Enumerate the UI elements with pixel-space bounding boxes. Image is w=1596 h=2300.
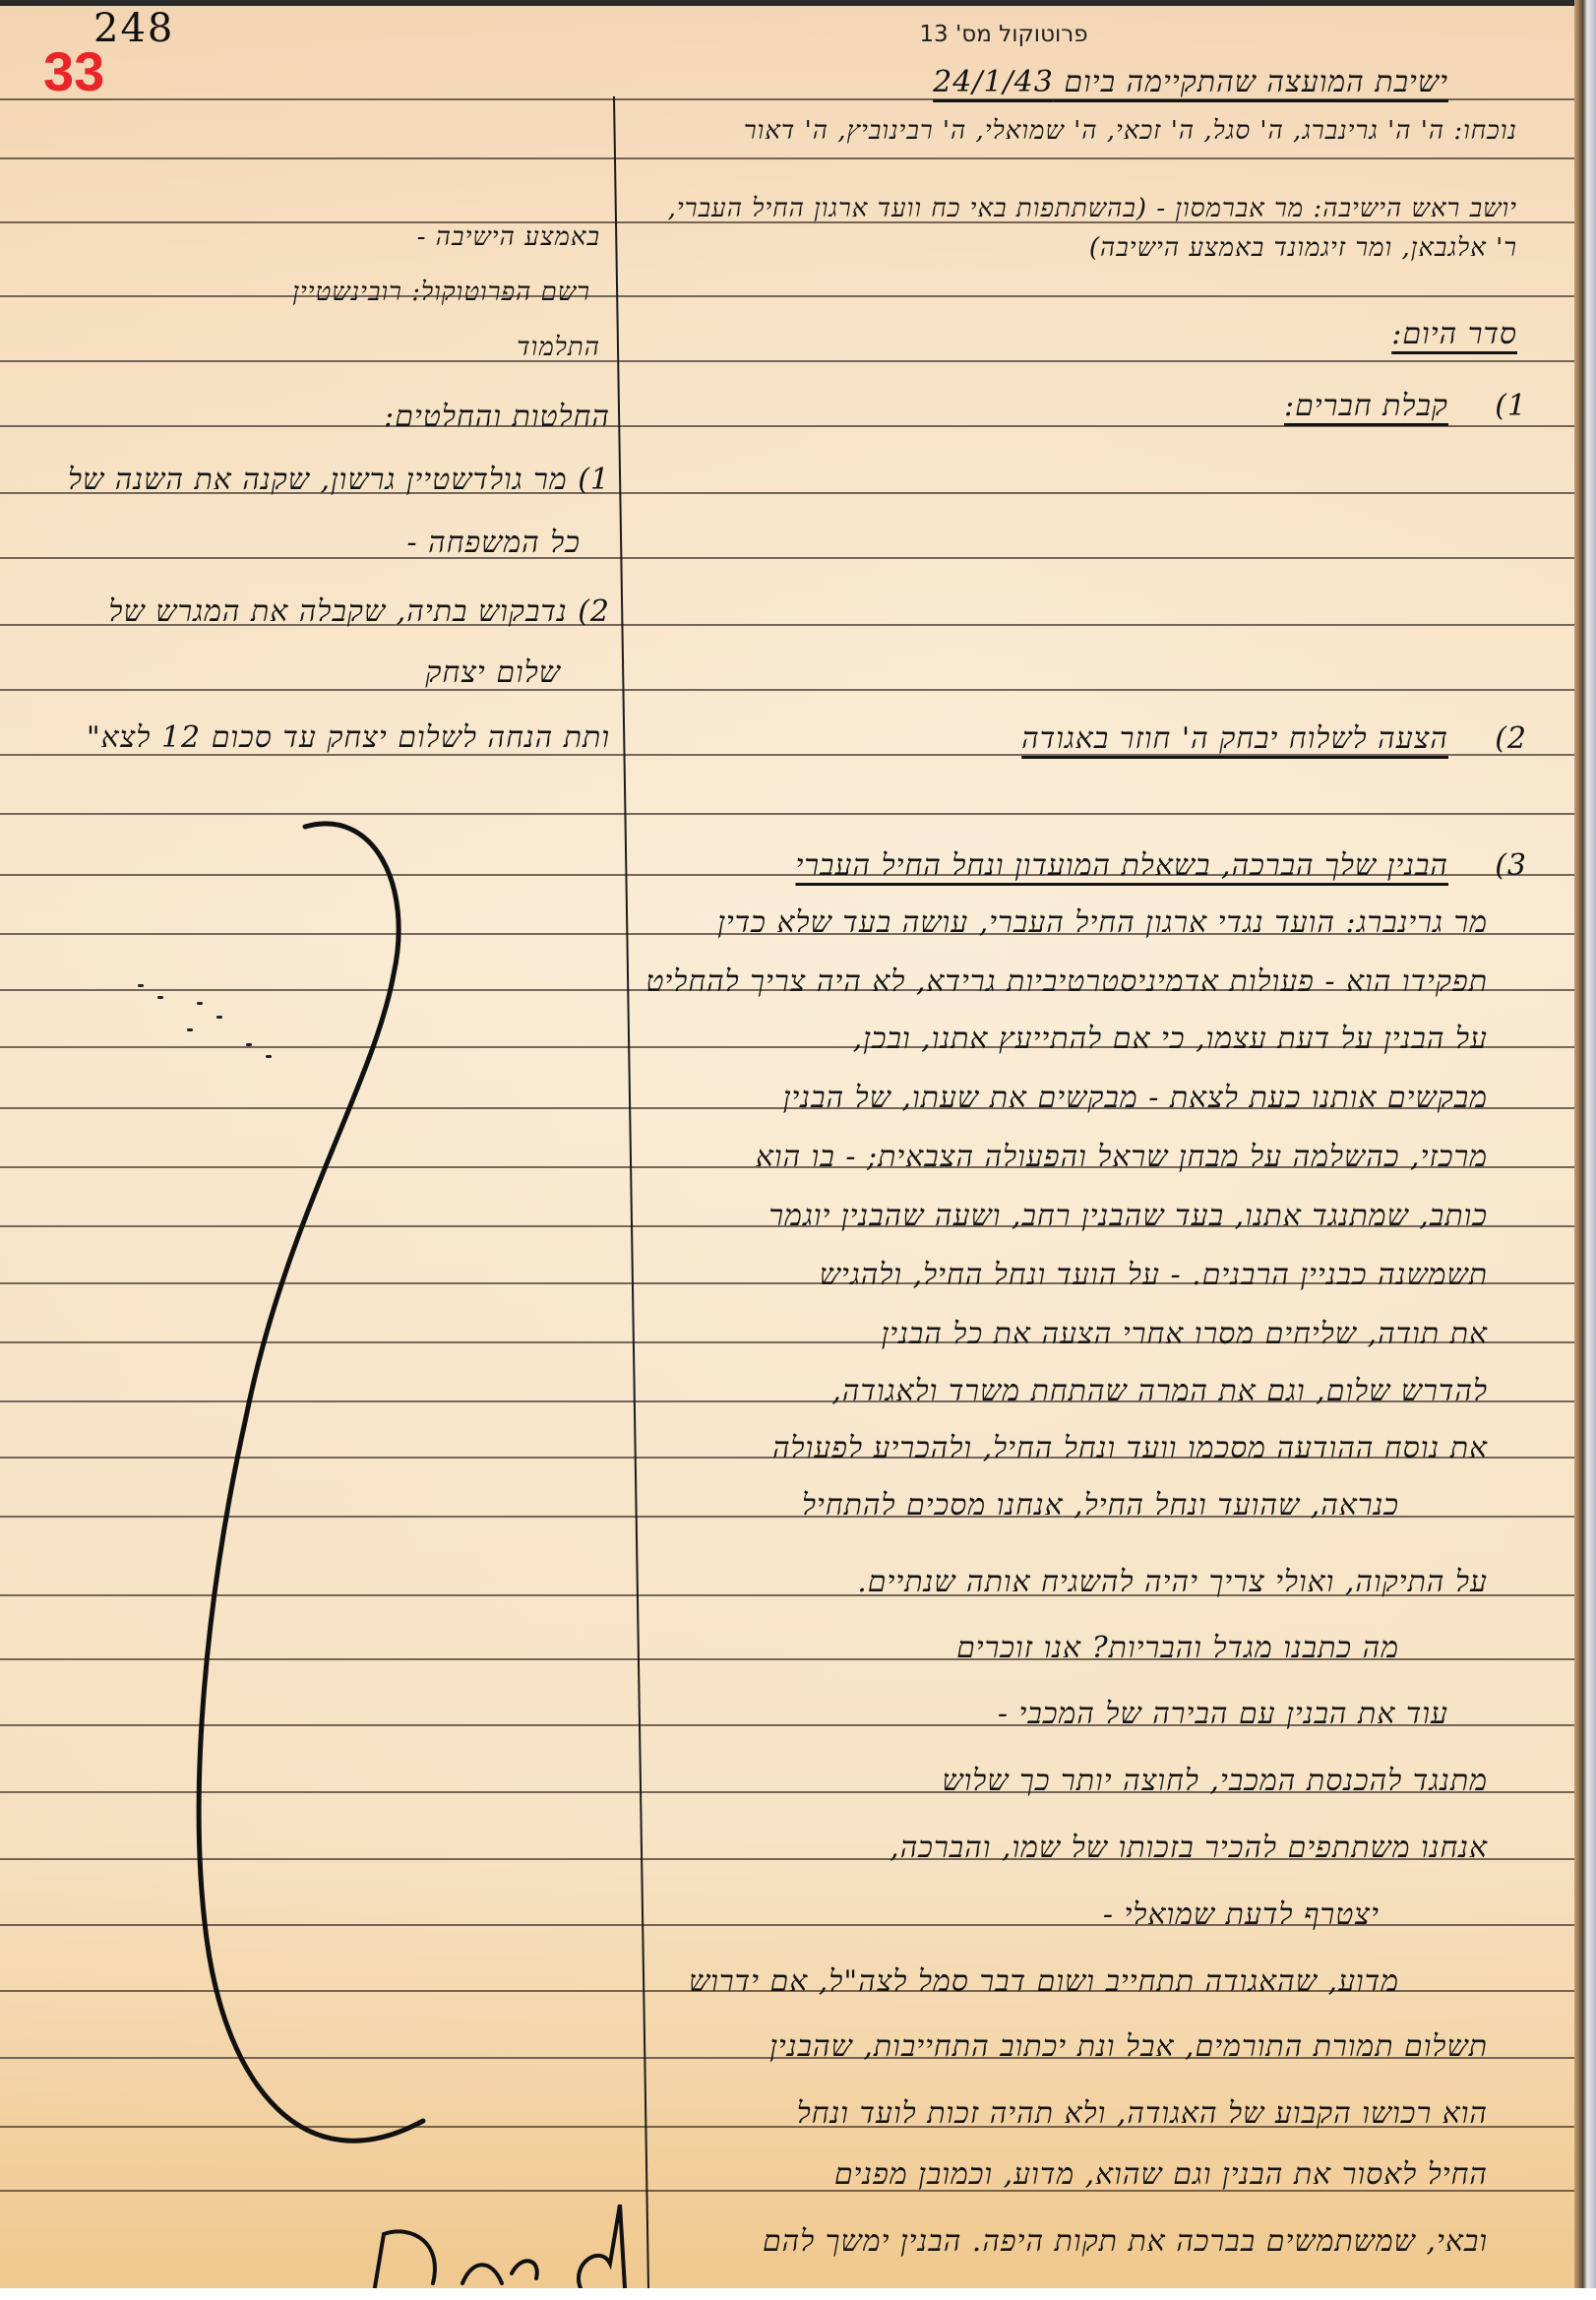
body-line: החיל לאסור את הבנין וגם שהוא, מדוע, וכמו… <box>834 2157 1488 2192</box>
body-line: כותב, שמתנגד אתנו, בעד שהבנין רחב, ושעה … <box>768 1199 1488 1233</box>
ruled-line <box>0 689 1574 691</box>
decision-line: 2) נדבקוש בתיה, שקבלה את המגרש של <box>30 594 610 629</box>
agenda-label: סדר היום: <box>1391 317 1517 351</box>
page-binding-edge <box>1574 0 1596 2300</box>
body-line: את נוסח ההודעה מסכמו וועד ונחל החיל, ולה… <box>772 1431 1488 1465</box>
meeting-title: ישיבת המועצה שהתקיימה ביום 24/1/43 <box>933 65 1448 99</box>
agenda-item-2-heading: הצעה לשלוח יבחק ה' חוזר באגודה <box>1021 721 1448 756</box>
scanned-protocol-page: 248 33 פרוטוקול מס' 13 ישיבת המועצה שהתק… <box>0 0 1596 2300</box>
body-line: להדרש שלום, וגם את המרה שהתחת משרד ולאגו… <box>831 1374 1488 1408</box>
ruled-line <box>0 557 1574 559</box>
body-line: הוא רכושו הקבוע של האגודה, ולא תהיה זכות… <box>797 2096 1488 2131</box>
printed-header: פרוטוקול מס' 13 <box>856 22 1151 47</box>
body-line: כנראה, שהועד ונחל החיל, אנחנו מסכים להתח… <box>802 1488 1399 1523</box>
body-line: יצטרף לדעת שמואלי - <box>1103 1897 1380 1932</box>
body-line: עוד את הבנין עם הבירה של המכבי - <box>998 1697 1448 1731</box>
body-line: תפקידו הוא - פעולות אדמיניסטרטיביות גריד… <box>645 964 1488 999</box>
body-line: תשלום תמורת התורמים, אבל ונת יכתוב התחיי… <box>769 2029 1488 2064</box>
signature <box>354 2205 669 2293</box>
recorder-line: רשם הפרוטוקול: רובינשטיין <box>98 278 590 307</box>
chair-line: יושב ראש הישיבה: מר אברמסון - (בהשתתפות … <box>651 189 1517 268</box>
left-note-line: התלמוד <box>472 333 600 362</box>
body-line: את תודה, שליחים מסרו אחרי הצעה את כל הבנ… <box>882 1317 1488 1351</box>
body-line: מדוע, שהאגודה תתחייב ושום דבר סמל לצה"ל,… <box>689 1964 1399 1999</box>
page-label-red: 33 <box>43 39 104 103</box>
agenda-item-3-heading: הבנין שלך הברכה, בשאלת המועדון ונחל החיל… <box>795 848 1448 883</box>
agenda-item-1-number: 1) <box>1495 389 1527 423</box>
decisions-label: החלטות והחלטים: <box>354 400 610 434</box>
agenda-item-2-number: 2) <box>1495 721 1527 756</box>
curly-bracket-mark <box>157 807 453 2185</box>
left-note-line: באמצע הישיבה - <box>20 222 600 252</box>
decision-line: 1) מר גולדשטיין גרשון, שקנה את השנה של <box>30 463 610 497</box>
body-line: מבקשים אותנו כעת לצאת - מבקשים את שעתו, … <box>783 1081 1488 1115</box>
body-line: על התיקוה, ואולי צריך יהיה להשגיח אותה ש… <box>857 1565 1488 1599</box>
ruled-line <box>0 360 1574 362</box>
body-line: מרכזי, כהשלמה על מבחן שראל והפעולה הצבאי… <box>756 1140 1488 1174</box>
decision-line: שלום יצחק <box>305 655 561 690</box>
body-line: ובאי, שמשתמשים בברכה את תקות היפה. הבנין… <box>763 2224 1488 2259</box>
scan-top-border <box>0 0 1596 6</box>
body-line: תשמשנה כבניין הרבנים. - על הועד ונחל החי… <box>820 1258 1488 1292</box>
archive-page-number: 248 <box>93 6 174 51</box>
body-line: מתנגד להכנסת המכבי, לחוצה יותר כך שלוש <box>942 1764 1488 1798</box>
body-line: על הבנין על דעת עצמו, כי אם להתייעץ אתנו… <box>853 1022 1488 1056</box>
agenda-item-1-heading: קבלת חברים: <box>1284 389 1448 423</box>
body-line: מר גרינברג: הועד נגדי ארגון החיל העברי, … <box>717 905 1488 940</box>
decision-line: כל המשפחה - <box>246 526 581 560</box>
ruled-line <box>0 425 1574 427</box>
body-line: אנחנו משתתפים להכיר בזכותו של שמו, והברכ… <box>890 1831 1488 1865</box>
decision-line: ותת הנחה לשלום יצחק עד סכום 12 לצא" <box>69 720 610 755</box>
scan-bottom-border <box>0 2288 1596 2300</box>
ruled-line <box>0 157 1574 159</box>
attendees-line: נוכחו: ה' ה' גרינברג, ה' סגל, ה' זכאי, ה… <box>744 116 1517 146</box>
agenda-item-3-number: 3) <box>1495 848 1527 883</box>
body-line: מה כתבנו מגדל והבריות? אנו זוכרים <box>956 1631 1399 1665</box>
